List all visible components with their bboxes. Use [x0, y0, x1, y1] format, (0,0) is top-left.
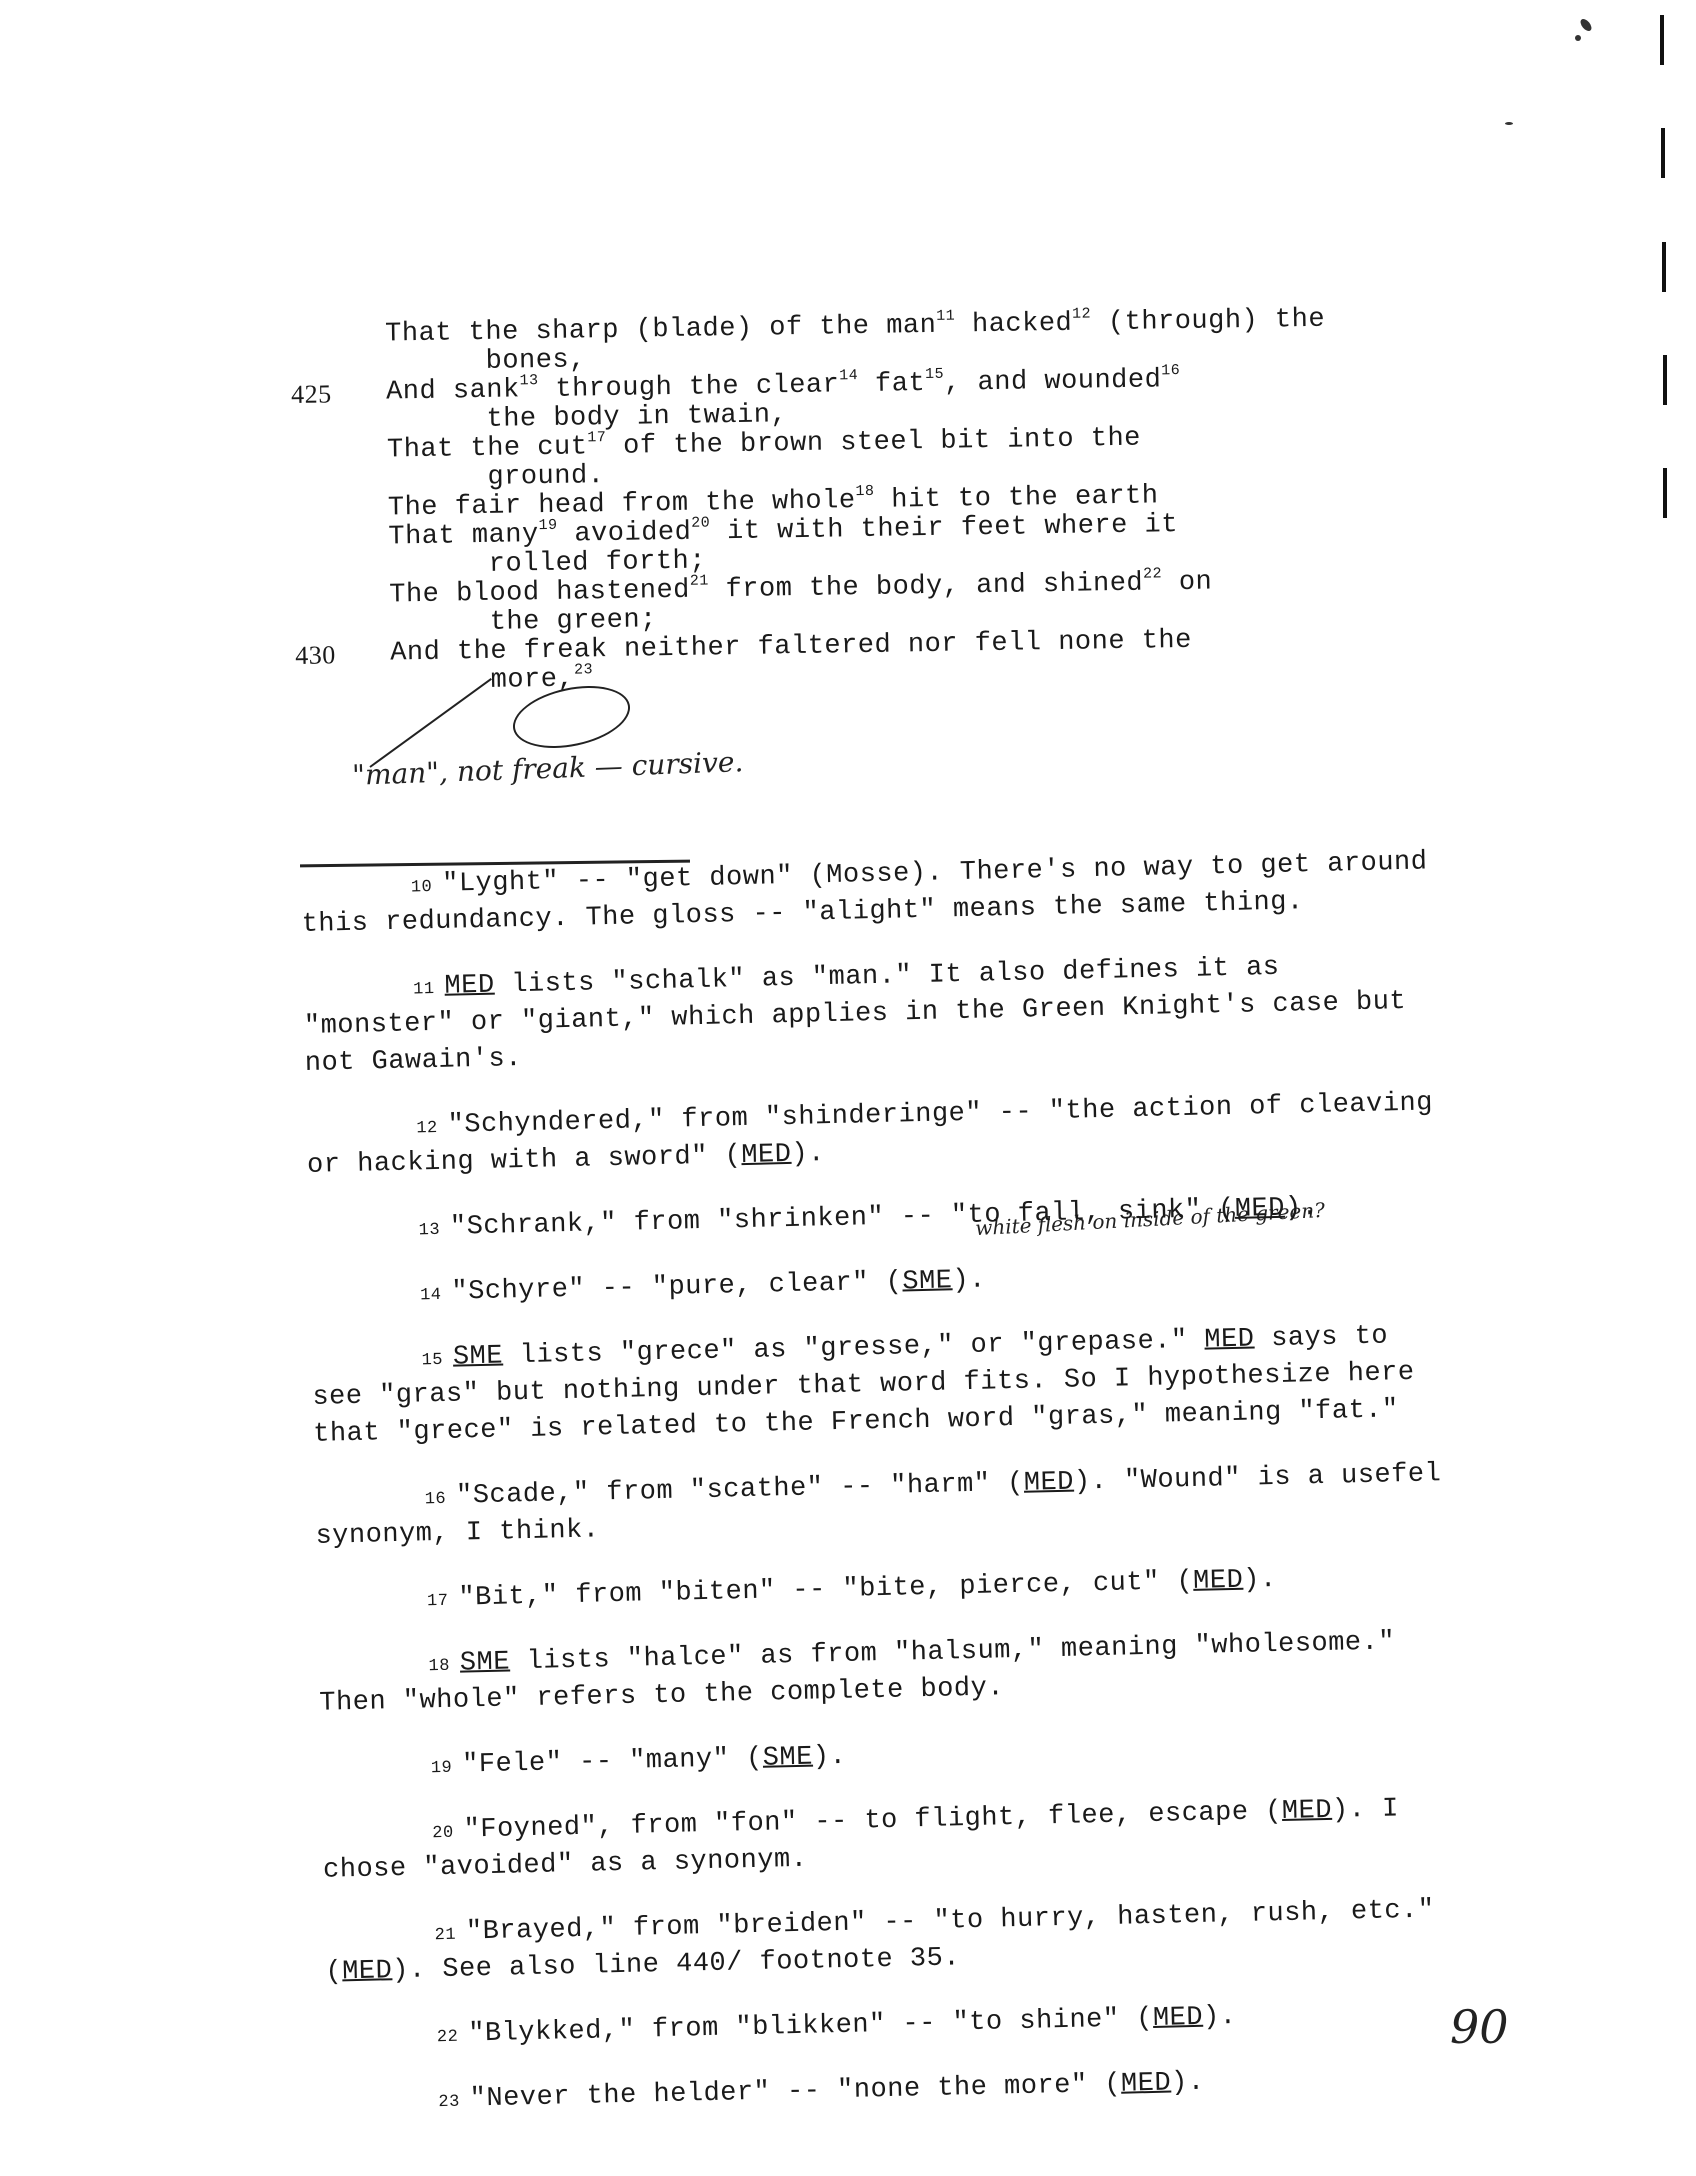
footnote-line: 19"Fele" -- "many" (SME). [320, 1723, 1551, 1788]
text-run: And sank [386, 375, 520, 407]
footnote: 15SME lists "grece" as "gresse," or "gre… [311, 1315, 1543, 1454]
scan-edge-mark [1662, 242, 1666, 292]
text-run: "Schyre" -- "pure, clear" ( [451, 1267, 903, 1307]
scan-edge-mark [1663, 355, 1667, 405]
scan-speck [1575, 35, 1581, 41]
source-abbreviation: SME [902, 1266, 953, 1297]
footnote: 22"Blykked," from "blikken" -- "to shine… [327, 1992, 1558, 2057]
page-number: 90 [1450, 2000, 1509, 2054]
footnote-line: 17"Bit," from "biten" -- "bite, pierce, … [317, 1556, 1548, 1621]
text-run: on [1162, 568, 1213, 599]
verse-text: That the sharp (blade) of the man11 hack… [385, 306, 1325, 350]
footnote-ref: 18 [855, 483, 874, 500]
text-run: says to [1254, 1321, 1388, 1354]
footnote-number: 12 [416, 1119, 438, 1138]
text-run: hacked [955, 309, 1072, 341]
footnote: 23"Never the helder" -- "none the more" … [328, 2057, 1559, 2122]
text-run: or hacking with a sword" ( [307, 1141, 742, 1181]
footnote: 14"Schyre" -- "pure, clear" (SME). [310, 1250, 1541, 1315]
footnote-ref: 16 [1161, 362, 1180, 379]
footnote: 17"Bit," from "biten" -- "bite, pierce, … [317, 1556, 1548, 1621]
source-abbreviation: MED [1121, 2069, 1172, 2100]
text-run: (through) the [1091, 305, 1325, 339]
line-number: 430 [295, 640, 375, 670]
footnote-line: 23"Never the helder" -- "none the more" … [328, 2057, 1559, 2122]
text-run: That the cut [387, 432, 588, 465]
text-run: synonym, I think. [315, 1515, 600, 1551]
text-run: That many [388, 520, 539, 552]
source-abbreviation: MED [444, 971, 495, 1002]
footnote: 11MED lists "schalk" as "man." It also d… [303, 944, 1535, 1083]
footnote-number: 22 [437, 2028, 459, 2047]
source-abbreviation: MED [1235, 1194, 1286, 1225]
line-number: 425 [291, 379, 371, 409]
text-run: fat [858, 369, 925, 400]
footnote: 10"Lyght" -- "get down" (Mosse). There's… [300, 842, 1531, 944]
source-abbreviation: SME [460, 1647, 511, 1678]
scan-speck [1505, 122, 1513, 125]
source-abbreviation: SME [762, 1743, 813, 1774]
footnotes-section: 10"Lyght" -- "get down" (Mosse). There's… [300, 822, 1559, 2122]
footnote-ref: 17 [587, 429, 606, 446]
footnote-number: 23 [438, 2093, 460, 2112]
footnote: 16"Scade," from "scathe" -- "harm" (MED)… [314, 1454, 1545, 1556]
source-abbreviation: MED [741, 1140, 792, 1171]
footnote-number: 15 [421, 1351, 443, 1370]
footnote-number: 10 [411, 878, 433, 897]
footnote-ref: 19 [538, 517, 557, 534]
source-abbreviation: MED [1024, 1468, 1075, 1499]
text-run: ). I [1332, 1794, 1399, 1826]
source-abbreviation: MED [1204, 1324, 1255, 1355]
scan-edge-mark [1660, 15, 1664, 65]
text-run: it with their feet where it [710, 510, 1178, 547]
text-run: "Schrank," from "shrinken" -- "to fall, … [450, 1195, 1236, 1243]
text-run: from the body, and shined [709, 569, 1144, 606]
source-abbreviation: MED [1282, 1796, 1333, 1827]
footnote: 12"Schyndered," from "shinderinge" -- "t… [306, 1083, 1537, 1185]
footnote-ref: 15 [925, 366, 944, 383]
footnote: 21"Brayed," from "breiden" -- "to hurry,… [324, 1890, 1555, 1992]
footnote-number: 18 [428, 1657, 450, 1676]
source-abbreviation: MED [1153, 2003, 1204, 2034]
text-run: That the sharp (blade) of the man [385, 311, 937, 350]
handwritten-margin-note: "man", not freak — cursive. [352, 745, 744, 792]
text-run: ). [1285, 1193, 1319, 1224]
verse-text: the green; [490, 606, 657, 638]
text-run: ). "Wound" is a usefel [1074, 1459, 1442, 1497]
text-run: ). [1203, 2002, 1237, 2033]
text-run: the green; [490, 605, 657, 638]
source-abbreviation: MED [342, 1956, 393, 1987]
text-run: avoided [557, 518, 691, 550]
text-run: ). [1171, 2068, 1205, 2099]
text-run: "Blykked," from "blikken" -- "to shine" … [468, 2004, 1153, 2050]
footnote-ref: 23 [574, 661, 593, 678]
footnote-line: 22"Blykked," from "blikken" -- "to shine… [327, 1992, 1558, 2057]
text-run: "Never the helder" -- "none the more" ( [469, 2070, 1121, 2115]
source-abbreviation: SME [453, 1342, 504, 1373]
footnote-number: 14 [420, 1286, 442, 1305]
footnote-number: 21 [434, 1926, 456, 1945]
text-run: ). [952, 1266, 986, 1297]
text-run: "Bit," from "biten" -- "bite, pierce, cu… [458, 1567, 1193, 1614]
source-abbreviation: MED [1193, 1566, 1244, 1597]
footnote: 20"Foyned", from "fon" -- to flight, fle… [322, 1788, 1553, 1890]
verse-text: ground. [487, 462, 604, 493]
footnote-ref: 20 [691, 514, 710, 531]
text-run: ). [813, 1742, 847, 1773]
footnote: 18SME lists "halce" as from "halsum," me… [318, 1621, 1549, 1723]
footnote-ref: 11 [936, 308, 955, 325]
scan-speck [1578, 17, 1593, 33]
text-run: ). [1243, 1565, 1277, 1596]
footnote-number: 20 [432, 1824, 454, 1843]
verse-passage: That the sharp (blade) of the man11 hack… [290, 322, 296, 699]
footnote-line: 14"Schyre" -- "pure, clear" (SME). [310, 1250, 1541, 1315]
text-run: chose "avoided" as a synonym. [323, 1845, 808, 1886]
text-run: , and wounded [944, 365, 1162, 398]
text-run: not Gawain's. [305, 1044, 523, 1079]
footnote-ref: 14 [839, 367, 858, 384]
footnote: 19"Fele" -- "many" (SME). [320, 1723, 1551, 1788]
footnote-number: 17 [427, 1592, 449, 1611]
text-run: through the clear [539, 370, 840, 405]
footnote-line: 13"Schrank," from "shrinken" -- "to fall… [308, 1185, 1539, 1250]
footnote: 13"Schrank," from "shrinken" -- "to fall… [308, 1185, 1539, 1250]
scanned-page: That the sharp (blade) of the man11 hack… [0, 0, 1696, 2176]
scan-edge-mark [1663, 468, 1667, 518]
footnote-ref: 21 [690, 572, 709, 589]
text-run: rolled forth; [489, 546, 707, 579]
footnote-ref: 13 [519, 372, 538, 389]
footnote-number: 13 [418, 1221, 440, 1240]
footnote-number: 11 [413, 980, 435, 999]
footnote-ref: 12 [1072, 305, 1091, 322]
footnote-number: 16 [425, 1490, 447, 1509]
text-run: "Fele" -- "many" ( [462, 1744, 763, 1781]
text-run: ( [325, 1957, 342, 1987]
scan-edge-mark [1661, 128, 1665, 178]
text-run: ). [791, 1139, 825, 1170]
footnote-number: 19 [431, 1759, 453, 1778]
footnote-ref: 22 [1143, 565, 1162, 582]
text-run: ground. [487, 461, 604, 493]
